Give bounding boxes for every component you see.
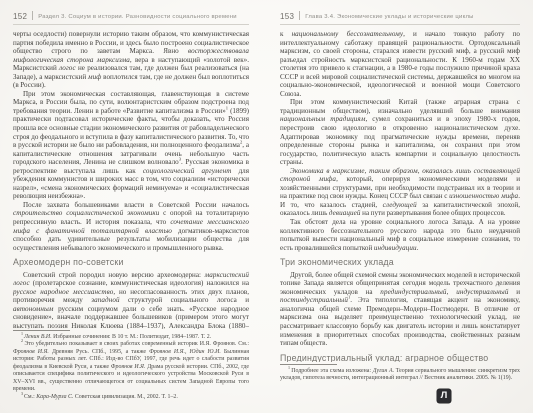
text-run: Это убедительно показывает в своих работ…	[24, 341, 249, 347]
running-head: Глава 3.4. Экономические уклады и истори…	[305, 14, 473, 21]
text-run: и	[508, 288, 520, 296]
paragraph: черты оседлости) повернули историю таким…	[13, 30, 249, 90]
text-run: . Эта типология, ставящая акцент на экон…	[280, 296, 520, 347]
page-right: 153 Глава 3.4. Экономические уклады и ис…	[280, 0, 520, 413]
text-run: Подробнее эта схема изложена:	[291, 368, 372, 374]
text-run: к	[280, 30, 292, 38]
page-number: 153	[280, 12, 294, 21]
italic-run: русское народное мессианство	[13, 288, 113, 296]
italic-run: строительство социалистической экономики	[13, 209, 159, 217]
text-run: При этом коммунистический Китай (также а…	[280, 98, 520, 115]
footnotes-section: 1 Подробнее эта схема изложена: Дугин А.…	[280, 364, 520, 383]
italic-run: Фроянов И.Я.	[13, 349, 49, 355]
text-run: структурой социального логоса и	[120, 296, 249, 304]
text-run: (пролетарское сознание, коммунистическая…	[30, 279, 249, 287]
footnotes-list: 1 Ленин В.И. Избранные сочинения: В 10 т…	[13, 334, 249, 402]
italic-run: Кара-Мурза С.	[36, 394, 73, 400]
running-head: Раздел 3. Социум в истории. Разновидност…	[38, 14, 237, 21]
paragraph: Экономика в марксизме, таким образом, ок…	[280, 167, 520, 218]
italic-run: индивидуации	[374, 244, 417, 252]
page-number: 152	[13, 12, 27, 21]
italic-run: Фроянов И.Я.	[111, 364, 146, 370]
header-divider	[299, 11, 300, 20]
footnote: 3 См.: Кара-Мурза С. Советская цивилизац…	[13, 394, 249, 402]
paragraph: Так обстоят дела на уровне социального л…	[280, 218, 520, 252]
italic-run: логос	[59, 64, 76, 72]
italic-run: социологический аргумент	[143, 167, 232, 175]
header-divider	[32, 11, 33, 20]
text-run: При этом экономическая составляющая, гла…	[13, 90, 249, 115]
italic-run: Дугин А.	[373, 368, 394, 374]
italic-run: миф	[88, 73, 101, 81]
footnote: 1 Подробнее эта схема изложена: Дугин А.…	[280, 368, 520, 383]
italic-run: следующей	[383, 201, 417, 209]
italic-run: национальному бессознательному	[292, 30, 404, 38]
text-run: Советский строй породил новую версию арх…	[23, 271, 205, 279]
page-header: 152 Раздел 3. Социум в истории. Разновид…	[13, 11, 249, 25]
italic-run: Фроянов И.Я., Юдин Ю.И.	[149, 349, 221, 355]
paragraph: При этом экономическая составляющая, гла…	[13, 90, 249, 201]
section-heading: Прединдустриальный уклад: аграрное общес…	[280, 353, 520, 362]
italic-run: западной	[91, 296, 119, 304]
italic-run: автономным	[13, 305, 53, 313]
text-run: После захвата большевиками власти в Сове…	[23, 201, 249, 209]
text-run: , сумел сохраниться и в эпоху 1980-х год…	[280, 115, 520, 166]
page-body: черты оседлости) повернули историю таким…	[13, 30, 249, 329]
paragraph: После захвата большевиками власти в Сове…	[13, 201, 249, 252]
italic-run: прединдустриальный, индустриальный	[380, 288, 508, 296]
text-run: Советская цивилизация. М., 2002. Т. 1–2.	[73, 394, 177, 400]
text-run: Избранные сочинения: В 10 т. М.: Политиз…	[52, 334, 212, 340]
text-run: на пути развертывания более общих процес…	[361, 209, 506, 217]
footnotes-section: 1 Ленин В.И. Избранные сочинения: В 10 т…	[13, 330, 249, 401]
italic-run: постиндустриальный	[280, 296, 348, 304]
paragraph: к национальному бессознательному, и нача…	[280, 30, 520, 98]
page-header: 153 Глава 3.4. Экономические уклады и ис…	[280, 11, 520, 25]
text-run: См.:	[24, 394, 36, 400]
footnote: 1 Ленин В.И. Избранные сочинения: В 10 т…	[13, 334, 249, 342]
watermark-letter: Л	[441, 391, 448, 401]
page-left: 152 Раздел 3. Социум в истории. Разновид…	[13, 0, 249, 413]
italic-run: изношенностью мифа	[449, 192, 518, 200]
paragraph: При этом коммунистический Китай (также а…	[280, 98, 520, 166]
section-heading: Археомодерн по-советски	[13, 257, 249, 267]
page-body: к национальному бессознательному, и нача…	[280, 30, 520, 362]
book-spread: 152 Раздел 3. Социум в истории. Разновид…	[0, 0, 533, 413]
paragraph: Другой, более общей схемой смены экономи…	[280, 271, 520, 348]
text-run: Древняя Русь. СПб., 1995, а также	[49, 349, 149, 355]
italic-run: девиацией	[329, 209, 361, 217]
footnotes-list: 1 Подробнее эта схема изложена: Дугин А.…	[280, 368, 520, 383]
labirint-watermark-logo: Л	[437, 389, 451, 403]
text-run: , и начало тонкую работу по интеллектуал…	[280, 30, 520, 98]
italic-run: Ленин В.И.	[24, 334, 52, 340]
footnote: 2 Это убедительно показывает в своих раб…	[13, 341, 249, 394]
section-heading: Три экономических уклада	[280, 257, 520, 267]
italic-run: национальным традициям	[280, 115, 365, 123]
text-run: .	[417, 244, 419, 252]
paragraph: Советский строй породил новую версию арх…	[13, 271, 249, 329]
